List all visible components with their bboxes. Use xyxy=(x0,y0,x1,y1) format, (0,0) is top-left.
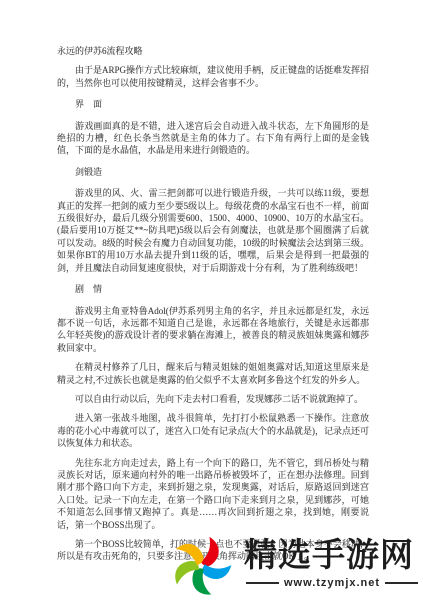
site-watermark: 精选手游网 www.tzymjx.net xyxy=(158,532,420,600)
watermark-url-row: www.tzymjx.net xyxy=(244,577,420,589)
paragraph: 游戏男主角亚特鲁Adol(伊苏系列男主角的名字，并且永远都是红发，永远都不说一句… xyxy=(57,305,369,355)
watermark-site-name: 精选手游网 xyxy=(244,536,420,574)
section-heading-story: 剧 情 xyxy=(57,283,369,295)
paragraph: 进入第一张战斗地图，战斗很简单，先打打小松鼠熟悉一下操作。注意放毒的花小心中毒就… xyxy=(57,412,369,449)
divider-line xyxy=(246,582,279,584)
divider-line xyxy=(385,582,418,584)
paragraph: 先往东北方向走过去，路上有一个向下的路口，先不管它，到吊桥处与精灵族长对话，原来… xyxy=(57,457,369,531)
paragraph: 游戏画面真的是不错，进入迷宫后会自动进入战斗状态，左下角圆形的是绝招的力槽，红色… xyxy=(57,120,369,157)
section-heading-sword-forging: 剑锻造 xyxy=(57,166,369,178)
page-title: 永远的伊苏6流程攻略 xyxy=(57,45,369,57)
paragraph: 可以自由行动以后，先向下走去村口看看，发现娜莎二话不说就跑掉了。 xyxy=(57,393,369,405)
section-heading-interface: 界 面 xyxy=(57,98,369,110)
paragraph: 游戏里的风、火、雷三把剑都可以进行锻造升级，一共可以练11级，要想真正的发挥一把… xyxy=(57,187,369,274)
intro-paragraph: 由于是ARPG操作方式比较麻烦，建议使用手柄，反正键盘的话挺难发挥招的，当然你也… xyxy=(57,64,369,89)
pinwheel-logo-icon xyxy=(158,532,244,600)
document-page: 永远的伊苏6流程攻略 由于是ARPG操作方式比较麻烦，建议使用手柄，反正键盘的话… xyxy=(57,45,369,570)
paragraph: 在精灵村修养了几日，醒来后与精灵姐妹的姐姐奥露对话,知道这里原来是精灵之村,不过… xyxy=(57,361,369,386)
watermark-url: www.tzymjx.net xyxy=(284,577,380,589)
